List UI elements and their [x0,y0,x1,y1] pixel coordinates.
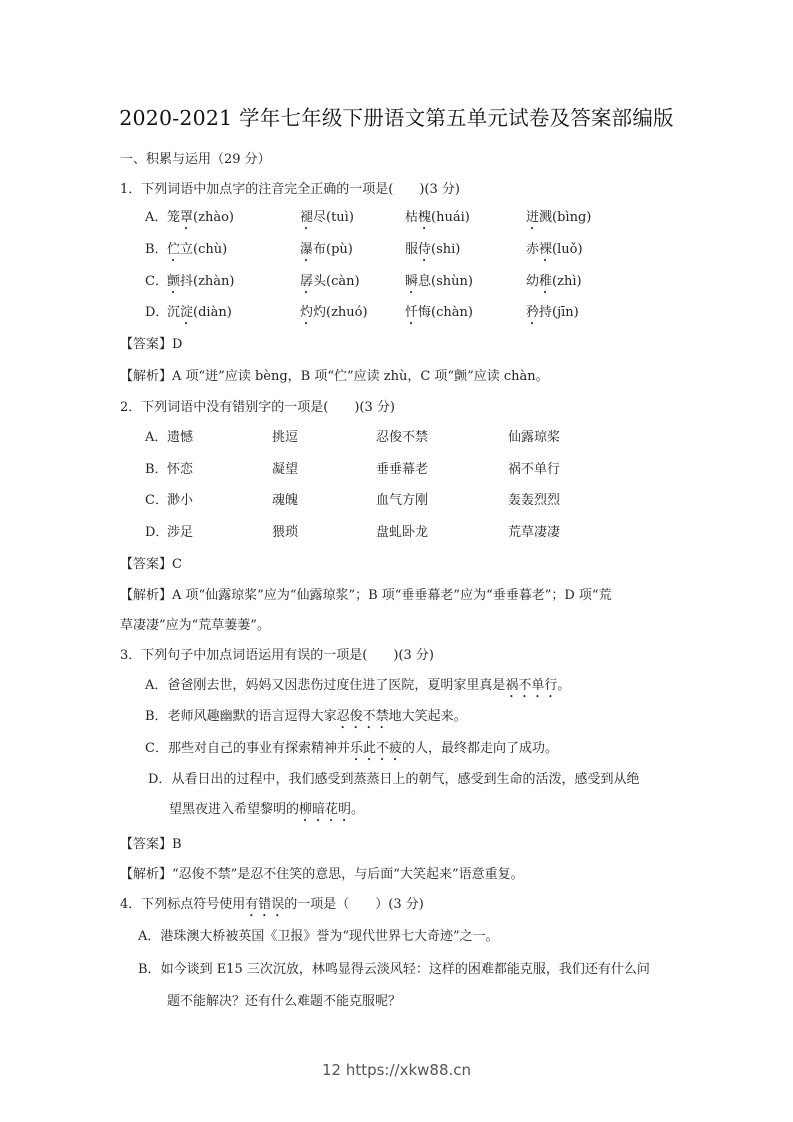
option-item: 赤裸(luǒ) [526,238,583,265]
option-item: 仙露琼桨 [508,426,560,445]
question-2-answer: 【答案】C [120,553,182,572]
option-label: D． [145,301,168,320]
option-item: 灼灼(zhuó) [300,301,368,328]
question-3-option-d-cont: 望黑夜进入希望黎明的柳暗花明。 [169,798,364,825]
option-item: 忍俊不禁 [376,426,428,445]
option-label: B． [145,458,168,477]
question-4-option-b: B．如今谈到 E15 三次沉放，林鸣显得云淡风轻：这样的困难都能克服，我们还有什… [138,958,650,977]
option-item: 猥琐 [272,521,298,540]
option-item: 枯槐(huái) [405,206,470,233]
question-4-stem: 4．下列标点符号使用有错误的一项是（ ）(3 分) [120,893,424,920]
question-2-stem: 2．下列词语中没有错别字的一项是( )(3 分) [120,396,395,415]
option-item: 魂魄 [272,489,298,508]
option-item: 服侍(shi) [405,238,460,265]
option-item: 迸溅(bìng) [526,206,591,233]
exam-page: 2020-2021 学年七年级下册语文第五单元试卷及答案部编版 一、积累与运用（… [0,0,793,1122]
question-4-option-b-cont: 题不能解决？还有什么难题不能克服呢？ [167,990,401,1009]
question-3-answer: 【答案】B [120,833,182,852]
question-3-option-a: A．爸爸刚去世，妈妈又因悲伤过度住进了医院，夏明家里真是祸不单行。 [145,674,570,701]
option-item: 褪尽(tuì) [300,206,354,233]
option-item: 挑逗 [272,426,298,445]
option-item: 渺小 [167,489,193,508]
option-item: 荒草凄凄 [508,521,560,540]
option-item: 伫立(chù) [167,238,227,265]
option-item: 凝望 [272,458,298,477]
question-2-analysis: 【解析】A 项“仙露琼桨”应为“仙露琼浆”；B 项“垂垂幕老”应为“垂垂暮老”；… [120,584,612,603]
question-3-analysis: 【解析】“忍俊不禁”是忍不住笑的意思，与后面“大笑起来”语意重复。 [120,863,524,882]
question-2-analysis-cont: 草凄凄”应为“荒草萋萋”。 [120,614,270,633]
option-label: D． [145,521,168,540]
option-item: 盘虬卧龙 [376,521,428,540]
question-3-option-b: B．老师风趣幽默的语言逗得大家忍俊不禁地大笑起来。 [145,705,467,732]
option-item: 轰轰烈烈 [508,489,560,508]
question-1-answer: 【答案】D [120,333,182,352]
option-label: C． [145,489,168,508]
question-3-stem: 3．下列句子中加点词语运用有误的一项是( )(3 分) [120,644,434,663]
option-item: 沉淀(diàn) [167,301,232,328]
option-item: 遗憾 [167,426,193,445]
document-title: 2020-2021 学年七年级下册语文第五单元试卷及答案部编版 [0,101,793,131]
option-item: 矜持(jīn) [526,301,579,328]
question-1-analysis: 【解析】A 项“迸”应读 bèng，B 项“伫”应读 zhù，C 项“颤”应读 … [120,365,549,384]
option-item: 血气方刚 [376,489,428,508]
option-item: 垂垂幕老 [376,458,428,477]
section-heading: 一、积累与运用（29 分） [120,148,271,167]
option-label: B． [145,238,168,257]
question-3-option-d: D．从看日出的过程中，我们感受到蒸蒸日上的朝气，感受到生命的活泼，感受到从绝 [148,768,639,787]
question-3-option-c: C．那些对自己的事业有探索精神并乐此不疲的人，最终都走向了成功。 [145,737,558,764]
option-item: 忏悔(chàn) [405,301,473,328]
option-item: 瞬息(shùn) [405,270,473,297]
option-item: 怀恋 [167,458,193,477]
option-label: A． [145,206,167,225]
question-1-stem: 1．下列词语中加点字的注音完全正确的一项是( )(3 分) [120,178,460,197]
option-label: C． [145,270,168,289]
option-item: 颤抖(zhàn) [167,270,235,297]
option-item: 祸不单行 [508,458,560,477]
page-footer: 12 https://xkw88.cn [0,1061,793,1079]
option-item: 笼罩(zhào) [167,206,234,233]
option-item: 孱头(càn) [300,270,360,297]
option-label: A． [145,426,167,445]
option-item: 涉足 [167,521,193,540]
question-4-option-a: A．港珠澳大桥被英国《卫报》誉为“现代世界七大奇迹”之一。 [138,925,499,944]
option-item: 瀑布(pù) [300,238,353,265]
option-item: 幼稚(zhì) [526,270,582,297]
